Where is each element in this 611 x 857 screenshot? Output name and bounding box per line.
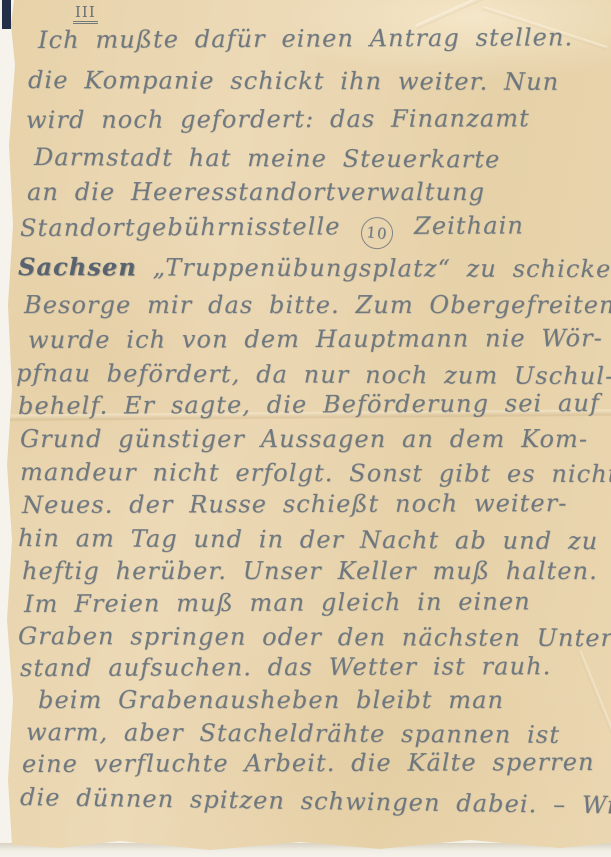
paper-bottom-edge-shadow — [0, 843, 611, 857]
scanner-background: III Ich mußte dafür einen Antrag stellen… — [0, 0, 611, 857]
handwriting-line: an die Heeresstandortverwaltung — [27, 178, 485, 206]
circled-number: 10 — [360, 216, 395, 251]
handwriting-line: Besorge mir das bitte. Zum Obergefreiten — [24, 291, 611, 319]
page-number: III — [73, 3, 98, 24]
handwriting-line: Sachsen „Truppenübungsplatz“ zu schicken… — [18, 252, 611, 283]
handwriting-text: Standortgebührnisstelle — [20, 212, 341, 242]
handwriting-line: behelf. Er sagte, die Beförderung sei au… — [18, 389, 600, 420]
handwriting-line: wurde ich von dem Hauptmann nie Wör- — [28, 324, 603, 354]
handwriting-line: die dünnen spitzen schwingen dabei. – Wi… — [20, 783, 611, 819]
handwriting-line: wird noch gefordert: das Finanzamt — [26, 104, 530, 134]
handwriting-line: Graben springen oder den nächsten Unter- — [18, 622, 611, 652]
handwriting-line: Standortgebührnisstelle 10 Zeithain — [20, 211, 524, 251]
handwriting-line: mandeur nicht erfolgt. Sonst gibt es nic… — [20, 458, 611, 488]
handwriting-line: stand aufsuchen. das Wetter ist rauh. — [20, 652, 551, 682]
handwriting-text: Zeithain — [414, 211, 524, 240]
handwriting-line: Ich mußte dafür einen Antrag stellen. — [38, 23, 573, 54]
handwriting-line: heftig herüber. Unser Keller muß halten. — [22, 557, 598, 585]
handwriting-line: warm, aber Stacheldrähte spannen ist — [26, 718, 560, 749]
handwriting-line: die Kompanie schickt ihn weiter. Nun — [28, 66, 559, 96]
handwriting-line: eine verfluchte Arbeit. die Kälte sperre… — [22, 748, 595, 778]
handwriting-line: Neues. der Russe schießt noch weiter- — [22, 489, 568, 519]
handwriting-text-emphasized: Sachsen — [18, 252, 137, 281]
handwriting-line: hin am Tag und in der Nacht ab und zu — [18, 524, 598, 555]
handwriting-text: „Truppenübungsplatz“ zu schicken. — [137, 253, 611, 283]
handwriting-line: Grund günstiger Aussagen an dem Kom- — [20, 425, 588, 453]
handwriting-line: pfnau befördert, da nur noch zum Uschul- — [16, 359, 611, 390]
letter-page: III Ich mußte dafür einen Antrag stellen… — [0, 0, 611, 857]
scanner-corner-mark — [2, 0, 11, 29]
handwriting-line: Im Freien muß man gleich in einen — [24, 587, 531, 618]
handwriting-line: Darmstadt hat meine Steuerkarte — [34, 143, 500, 173]
handwriting-line: beim Grabenausheben bleibt man — [38, 686, 504, 714]
paper-crease — [578, 650, 611, 753]
